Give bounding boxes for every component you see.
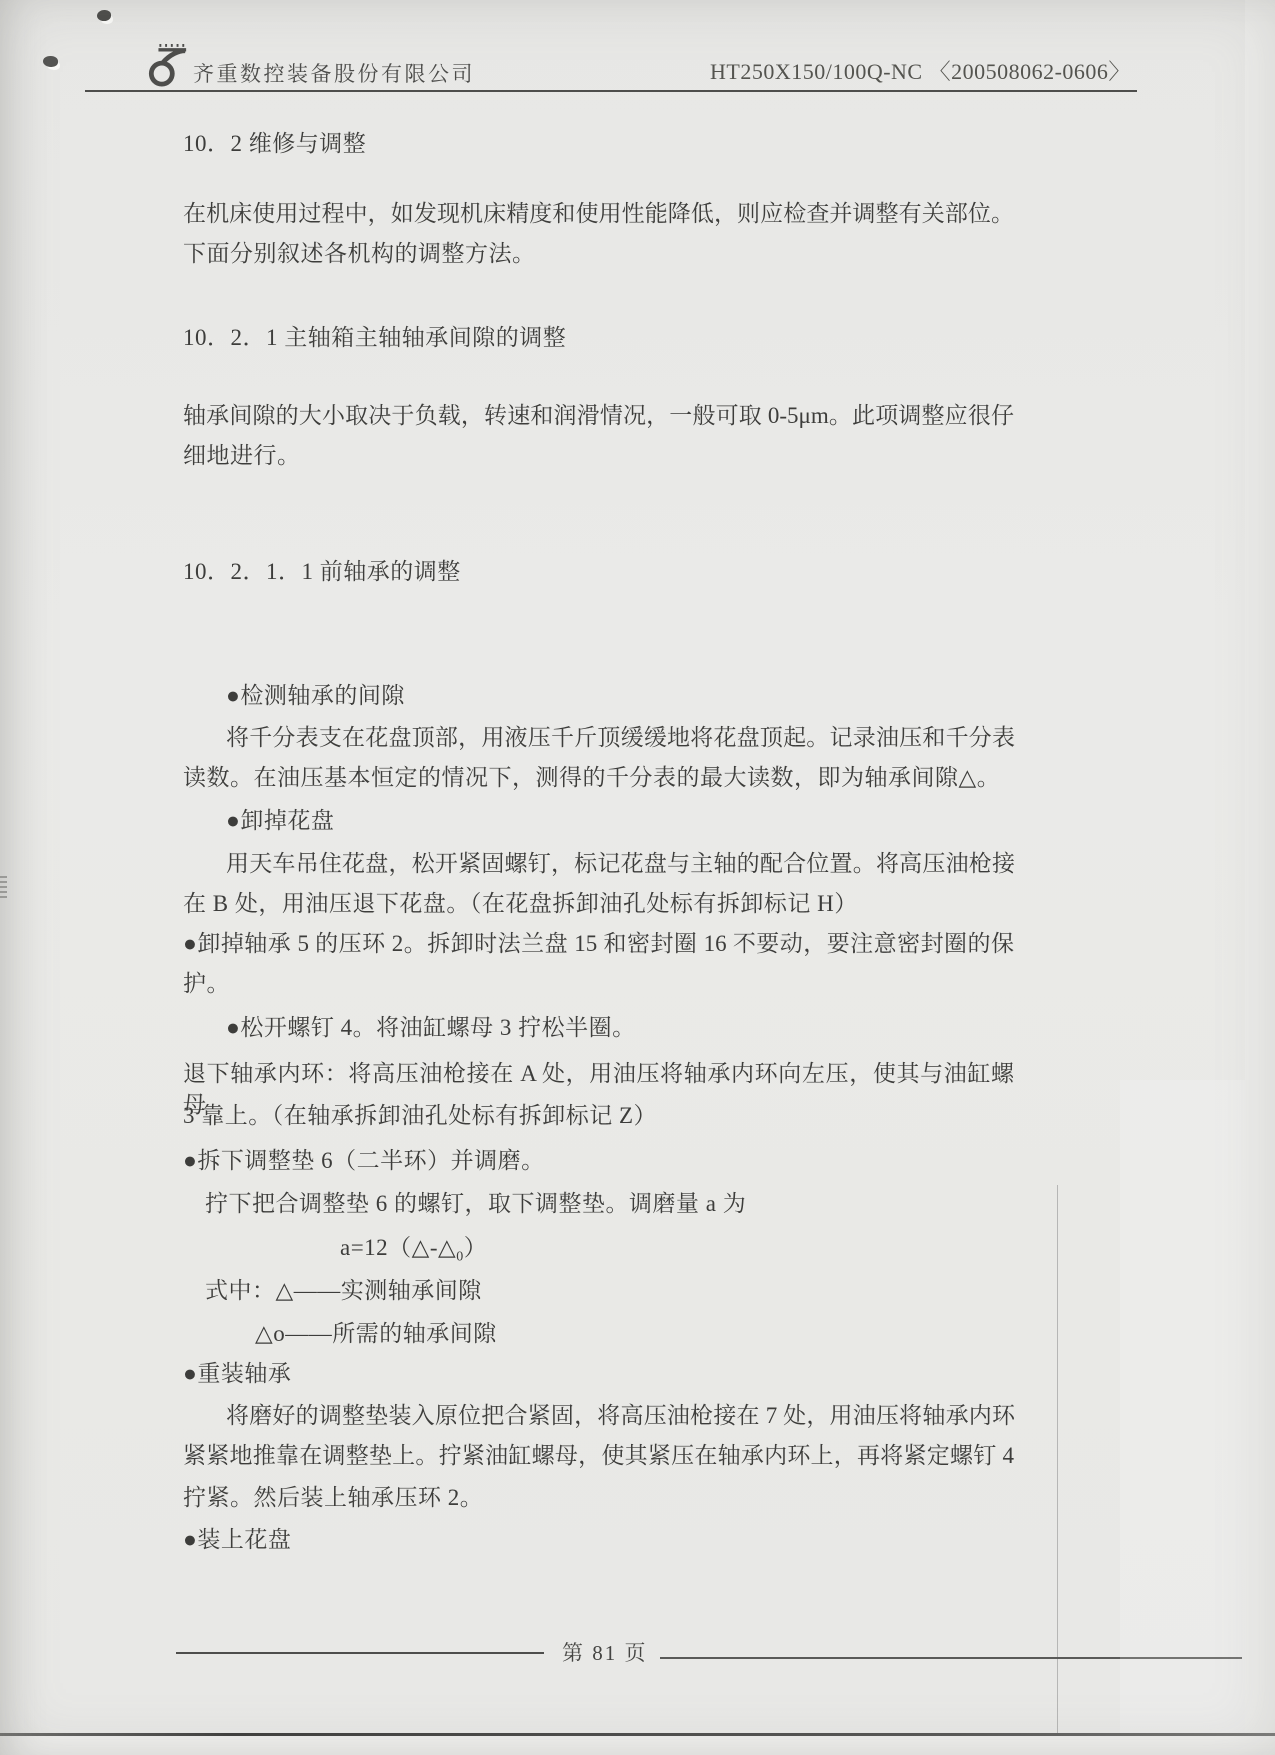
document-page: 齐重数控装备股份有限公司 HT250X150/100Q-NC 〈20050806…: [0, 0, 1275, 1755]
section-heading-10-2: 10．2 维修与调整: [183, 128, 366, 159]
document-code: HT250X150/100Q-NC 〈200508062-0606〉: [710, 55, 1131, 86]
bullet-remove-faceplate: ●卸掉花盘: [226, 805, 334, 836]
scan-edge-mark: [0, 876, 7, 898]
bullet-remove-shim: ●拆下调整垫 6（二半环）并调磨。: [183, 1145, 545, 1176]
check-procedure-line: 读数。在油压基本恒定的情况下，测得的千分表的最大读数，即为轴承间隙△。: [183, 762, 1000, 793]
formula-legend-line: 式中：△——实测轴承间隙: [205, 1275, 482, 1306]
reinstall-procedure-line: 拧紧。然后装上轴承压环 2。: [183, 1482, 483, 1513]
header-rule: [85, 90, 1137, 92]
reinstall-procedure-line: 将磨好的调整垫装入原位把合紧固，将高压油枪接在 7 处，用油压将轴承内环: [226, 1400, 1015, 1431]
intro-paragraph-line: 下面分别叙述各机构的调整方法。: [183, 238, 536, 269]
grinding-formula: a=12（△-△0）: [340, 1232, 487, 1273]
remove-faceplate-line: 在 B 处，用油压退下花盘。（在花盘拆卸油孔处标有拆卸标记 H）: [183, 888, 858, 919]
formula-legend-line: △o——所需的轴承间隙: [255, 1318, 497, 1349]
bullet-check-bearing-clearance: ●检测轴承的间隙: [226, 680, 405, 711]
bearing-clearance-paragraph-line: 细地进行。: [183, 440, 301, 471]
bullet-loosen-screw: ●松开螺钉 4。将油缸螺母 3 拧松半圈。: [226, 1012, 636, 1043]
page-number: 第 81 页: [562, 1637, 648, 1667]
scan-right-light-band: [1120, 1080, 1245, 1755]
formula-text: a=12（△-△: [340, 1235, 456, 1260]
bullet-remove-bearing-ring-line: ●卸掉轴承 5 的压环 2。拆卸时法兰盘 15 和密封圈 16 不要动，要注意密…: [183, 928, 1014, 959]
company-name: 齐重数控装备股份有限公司: [193, 58, 475, 88]
bearing-clearance-paragraph-line: 轴承间隙的大小取决于负载，转速和润滑情况，一般可取 0-5μm。此项调整应很仔: [183, 400, 1014, 431]
retract-inner-ring-line: 3 靠上。（在轴承拆卸油孔处标有拆卸标记 Z）: [183, 1100, 657, 1131]
formula-subscript: 0: [456, 1250, 464, 1265]
bullet-install-faceplate: ●装上花盘: [183, 1524, 291, 1555]
check-procedure-line: 将千分表支在花盘顶部，用液压千斤顶缓缓地将花盘顶起。记录油压和千分表: [226, 722, 1015, 753]
shim-procedure-line: 拧下把合调整垫 6 的螺钉，取下调整垫。调磨量 a 为: [205, 1188, 746, 1219]
bullet-reinstall-bearing: ●重装轴承: [183, 1358, 291, 1389]
bullet-remove-bearing-ring-line: 护。: [183, 968, 230, 999]
scan-speck: [43, 56, 58, 67]
intro-paragraph-line: 在机床使用过程中，如发现机床精度和使用性能降低，则应检查并调整有关部位。: [183, 198, 1014, 229]
company-logo-icon: [147, 42, 189, 90]
scan-speck: [97, 10, 111, 21]
scan-bottom-strip: [0, 1736, 1275, 1755]
scan-right-band: [1245, 0, 1275, 1755]
footer-rule-left: [176, 1652, 544, 1654]
section-heading-10-2-1: 10．2．1 主轴箱主轴轴承间隙的调整: [183, 322, 566, 353]
formula-text: ）: [464, 1235, 488, 1260]
remove-faceplate-line: 用天车吊住花盘，松开紧固螺钉，标记花盘与主轴的配合位置。将高压油枪接: [226, 848, 1015, 879]
scan-vertical-crease: [1057, 1185, 1058, 1755]
reinstall-procedure-line: 紧紧地推靠在调整垫上。拧紧油缸螺母，使其紧压在轴承内环上，再将紧定螺钉 4: [183, 1440, 1014, 1471]
section-heading-10-2-1-1: 10．2．1．1 前轴承的调整: [183, 556, 461, 587]
